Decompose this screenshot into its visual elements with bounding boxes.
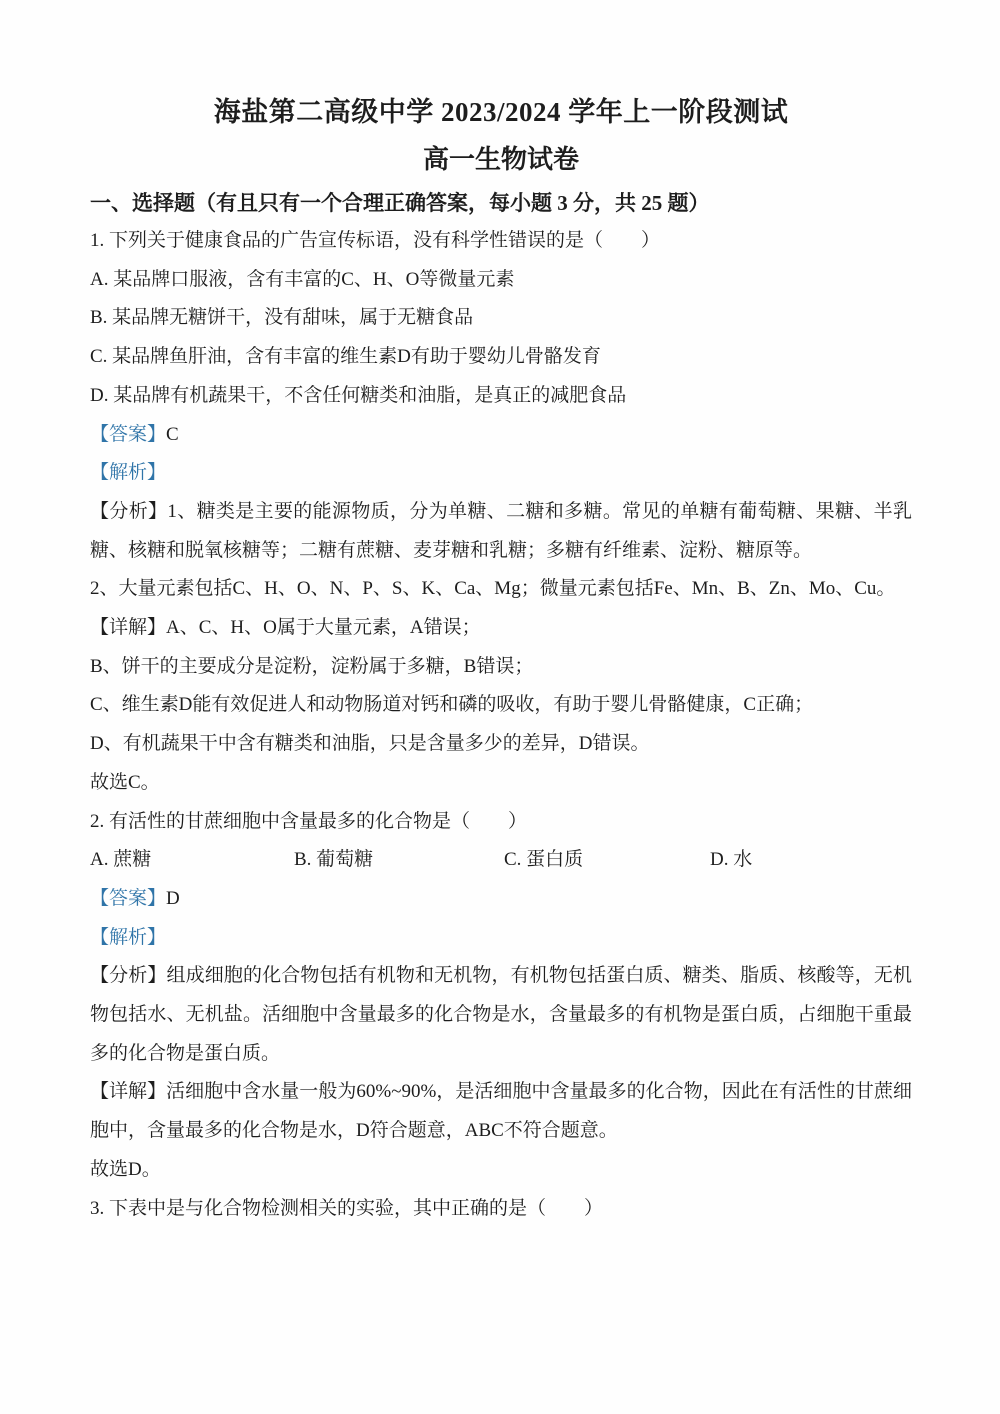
answer-label: 【答案】 — [90, 424, 166, 445]
exam-title: 海盐第二高级中学 2023/2024 学年上一阶段测试 — [90, 94, 912, 130]
question-1-detail-line-d: D、有机蔬果干中含有糖类和油脂，只是含量多少的差异，D错误。 — [90, 725, 912, 764]
question-2-detail-line-1: 【详解】活细胞中含水量一般为60%~90%，是活细胞中含量最多的化合物，因此在有… — [90, 1073, 912, 1150]
xiangjie-label: 【详解】 — [90, 1081, 166, 1102]
question-1-option-a: A. 某品牌口服液，含有丰富的C、H、O等微量元素 — [90, 261, 912, 300]
xiangjie-label: 【详解】 — [90, 617, 166, 638]
question-2-analysis-paragraph-1: 【分析】组成细胞的化合物包括有机物和无机物，有机物包括蛋白质、糖类、脂质、核酸等… — [90, 957, 912, 1073]
question-1-answer-row: 【答案】C — [90, 416, 912, 455]
question-2-option-c: C. 蛋白质 — [504, 841, 710, 880]
question-2-analysis-text-1: 组成细胞的化合物包括有机物和无机物，有机物包括蛋白质、糖类、脂质、核酸等，无机物… — [90, 965, 912, 1063]
question-1-detail-line-a: 【详解】A、C、H、O属于大量元素，A错误； — [90, 609, 912, 648]
question-1-analysis-paragraph-2: 2、大量元素包括C、H、O、N、P、S、K、Ca、Mg；微量元素包括Fe、Mn、… — [90, 570, 912, 609]
question-2-answer-value: D — [166, 888, 180, 909]
question-1-analysis-text-1: 1、糖类是主要的能源物质，分为单糖、二糖和多糖。常见的单糖有葡萄糖、果糖、半乳糖… — [90, 501, 912, 561]
question-1-option-c: C. 某品牌鱼肝油，含有丰富的维生素D有助于婴幼儿骨骼发育 — [90, 338, 912, 377]
exam-paper-page: 海盐第二高级中学 2023/2024 学年上一阶段测试 高一生物试卷 一、选择题… — [0, 0, 1000, 1414]
exam-subtitle: 高一生物试卷 — [90, 142, 912, 178]
question-1-detail-text-a: A、C、H、O属于大量元素，A错误； — [166, 617, 481, 638]
question-1-stem: 1. 下列关于健康食品的广告宣传标语，没有科学性错误的是（ ） — [90, 222, 912, 261]
fenxi-label: 【分析】 — [90, 965, 166, 986]
question-1-detail-line-b: B、饼干的主要成分是淀粉，淀粉属于多糖，B错误； — [90, 648, 912, 687]
question-1-analysis-paragraph-1: 【分析】1、糖类是主要的能源物质，分为单糖、二糖和多糖。常见的单糖有葡萄糖、果糖… — [90, 493, 912, 570]
question-2-stem: 2. 有活性的甘蔗细胞中含量最多的化合物是（ ） — [90, 803, 912, 842]
question-2-option-d: D. 水 — [710, 841, 912, 880]
analysis-label: 【解析】 — [90, 462, 166, 483]
question-1-analysis-header: 【解析】 — [90, 454, 912, 493]
question-1-detail-line-c: C、维生素D能有效促进人和动物肠道对钙和磷的吸收，有助于婴儿骨骼健康，C正确； — [90, 686, 912, 725]
question-1-option-b: B. 某品牌无糖饼干，没有甜味，属于无糖食品 — [90, 299, 912, 338]
question-2-option-b: B. 葡萄糖 — [294, 841, 504, 880]
fenxi-label: 【分析】 — [90, 501, 167, 522]
section-heading: 一、选择题（有且只有一个合理正确答案，每小题 3 分，共 25 题） — [90, 188, 912, 218]
question-1-answer-value: C — [166, 424, 179, 445]
question-2-options-row: A. 蔗糖 B. 葡萄糖 C. 蛋白质 D. 水 — [90, 841, 912, 880]
question-1-option-d: D. 某品牌有机蔬果干，不含任何糖类和油脂，是真正的减肥食品 — [90, 377, 912, 416]
question-2-option-a: A. 蔗糖 — [90, 841, 294, 880]
question-3-stem: 3. 下表中是与化合物检测相关的实验，其中正确的是（ ） — [90, 1190, 912, 1229]
question-1-conclusion: 故选C。 — [90, 764, 912, 803]
question-2-conclusion: 故选D。 — [90, 1151, 912, 1190]
analysis-label: 【解析】 — [90, 927, 166, 948]
answer-label: 【答案】 — [90, 888, 166, 909]
question-2-answer-row: 【答案】D — [90, 880, 912, 919]
question-2-analysis-header: 【解析】 — [90, 919, 912, 958]
question-2-detail-text-1: 活细胞中含水量一般为60%~90%，是活细胞中含量最多的化合物，因此在有活性的甘… — [90, 1081, 912, 1141]
